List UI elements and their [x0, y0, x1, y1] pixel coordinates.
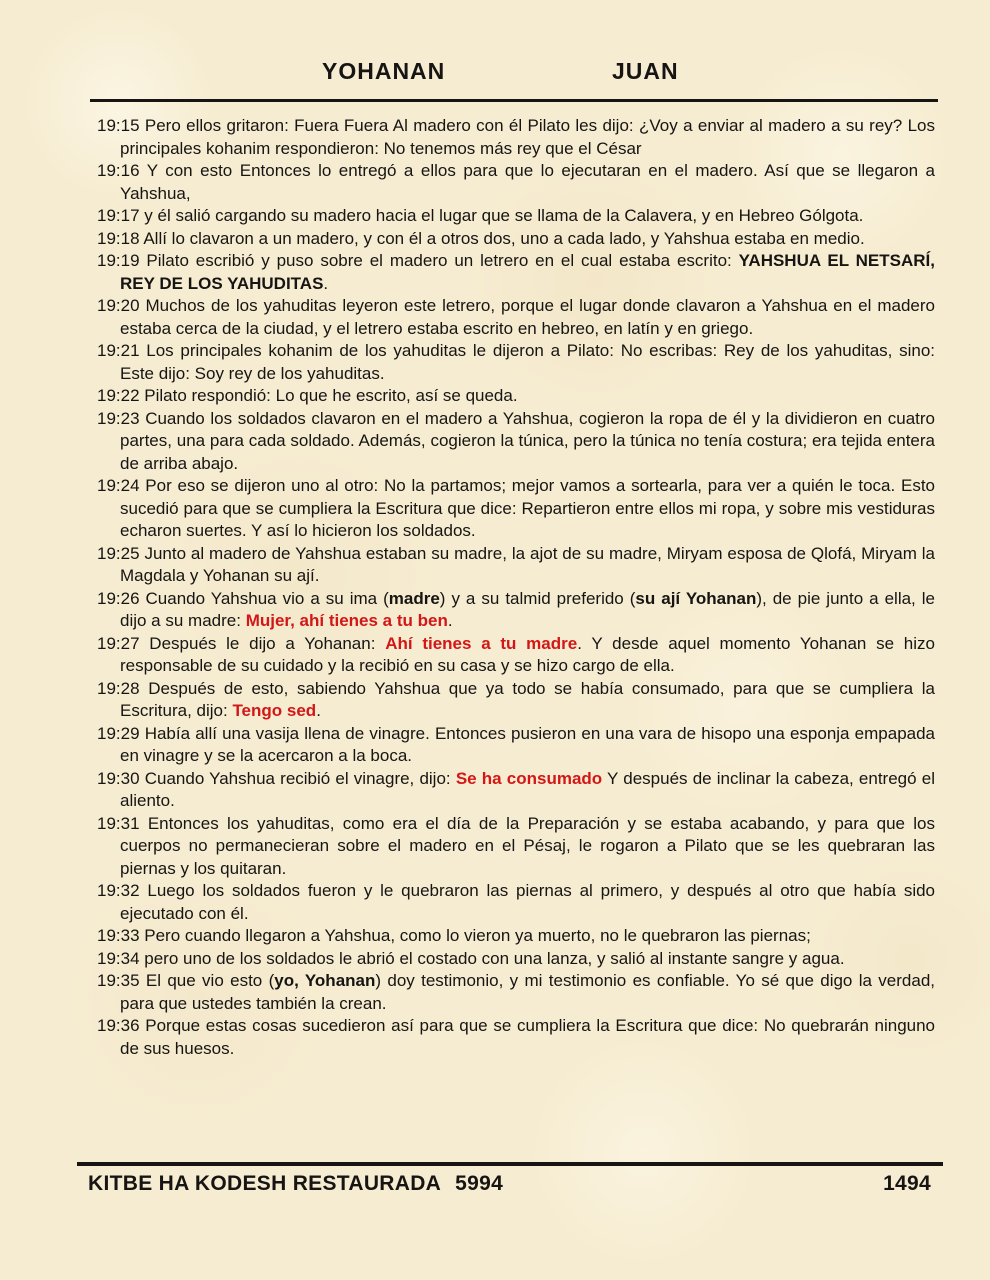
highlighted-words: Tengo sed [232, 701, 316, 720]
verse-text: Después le dijo a Yohanan: [149, 634, 385, 653]
header-title-yohanan: YOHANAN [322, 58, 445, 85]
verse-number: 19:21 [97, 341, 146, 360]
footer-book-name: KITBE HA KODESH RESTAURADA [88, 1172, 441, 1195]
document-page: YOHANAN JUAN 19:15 Pero ellos gritaron: … [0, 0, 990, 1280]
highlighted-words: Se ha consumado [456, 769, 602, 788]
verse-text: . [448, 611, 453, 630]
verse-number: 19:31 [97, 814, 148, 833]
verse-text: Cuando Yahshua recibió el vinagre, dijo: [145, 769, 456, 788]
verse-number: 19:34 [97, 949, 144, 968]
verse-text: Muchos de los yahuditas leyeron este let… [120, 296, 935, 338]
verse-19-23: 19:23 Cuando los soldados clavaron en el… [97, 408, 935, 476]
verse-19-15: 19:15 Pero ellos gritaron: Fuera Fuera A… [97, 115, 935, 160]
verse-text: Cuando los soldados clavaron en el mader… [120, 409, 935, 473]
verse-number: 19:25 [97, 544, 144, 563]
verse-19-31: 19:31 Entonces los yahuditas, como era e… [97, 813, 935, 881]
verse-number: 19:23 [97, 409, 145, 428]
verse-number: 19:15 [97, 116, 145, 135]
verse-text: Porque estas cosas sucedieron así para q… [120, 1016, 935, 1058]
verse-number: 19:30 [97, 769, 145, 788]
verse-text: Junto al madero de Yahshua estaban su ma… [120, 544, 935, 586]
highlighted-words: Mujer, ahí tienes a tu ben [246, 611, 448, 630]
verse-text-block: 19:15 Pero ellos gritaron: Fuera Fuera A… [97, 115, 935, 1159]
verse-text: Pero cuando llegaron a Yahshua, como lo … [144, 926, 811, 945]
verse-number: 19:18 [97, 229, 143, 248]
verse-text: Allí lo clavaron a un madero, y con él a… [143, 229, 864, 248]
verse-19-22: 19:22 Pilato respondió: Lo que he escrit… [97, 385, 935, 408]
bold-words: yo, Yohanan [274, 971, 375, 990]
verse-number: 19:26 [97, 589, 146, 608]
verse-19-35: 19:35 El que vio esto (yo, Yohanan) doy … [97, 970, 935, 1015]
header-rule [90, 99, 938, 102]
verse-number: 19:19 [97, 251, 146, 270]
verse-number: 19:29 [97, 724, 145, 743]
verse-19-20: 19:20 Muchos de los yahuditas leyeron es… [97, 295, 935, 340]
verse-text: ) y a su talmid preferido ( [440, 589, 636, 608]
verse-number: 19:28 [97, 679, 148, 698]
verse-number: 19:24 [97, 476, 145, 495]
verse-19-21: 19:21 Los principales kohanim de los yah… [97, 340, 935, 385]
footer-page-number: 1494 [883, 1172, 931, 1196]
verse-19-19: 19:19 Pilato escribió y puso sobre el ma… [97, 250, 935, 295]
verse-text: El que vio esto ( [146, 971, 274, 990]
verse-number: 19:22 [97, 386, 144, 405]
bold-words: su ají Yohanan [635, 589, 756, 608]
verse-number: 19:16 [97, 161, 147, 180]
verse-number: 19:20 [97, 296, 146, 315]
verse-19-16: 19:16 Y con esto Entonces lo entregó a e… [97, 160, 935, 205]
header-title-juan: JUAN [612, 58, 679, 85]
verse-19-32: 19:32 Luego los soldados fueron y le que… [97, 880, 935, 925]
verse-19-17: 19:17 y él salió cargando su madero haci… [97, 205, 935, 228]
verse-19-29: 19:29 Había allí una vasija llena de vin… [97, 723, 935, 768]
verse-text: Cuando Yahshua vio a su ima ( [146, 589, 389, 608]
verse-text: Pero ellos gritaron: Fuera Fuera Al made… [120, 116, 935, 158]
verse-19-28: 19:28 Después de esto, sabiendo Yahshua … [97, 678, 935, 723]
verse-text: pero uno de los soldados le abrió el cos… [144, 949, 844, 968]
page-footer: KITBE HA KODESH RESTAURADA5994 1494 [88, 1172, 931, 1196]
verse-number: 19:17 [97, 206, 144, 225]
verse-19-33: 19:33 Pero cuando llegaron a Yahshua, co… [97, 925, 935, 948]
verse-19-18: 19:18 Allí lo clavaron a un madero, y co… [97, 228, 935, 251]
bold-words: madre [389, 589, 440, 608]
verse-19-27: 19:27 Después le dijo a Yohanan: Ahí tie… [97, 633, 935, 678]
verse-text: Entonces los yahuditas, como era el día … [120, 814, 935, 878]
verse-19-26: 19:26 Cuando Yahshua vio a su ima (madre… [97, 588, 935, 633]
verse-number: 19:27 [97, 634, 149, 653]
page-header: YOHANAN JUAN [0, 58, 990, 92]
verse-text: Pilato respondió: Lo que he escrito, así… [144, 386, 517, 405]
verse-19-24: 19:24 Por eso se dijeron uno al otro: No… [97, 475, 935, 543]
verse-number: 19:35 [97, 971, 146, 990]
verse-text: Los principales kohanim de los yahuditas… [120, 341, 935, 383]
verse-19-30: 19:30 Cuando Yahshua recibió el vinagre,… [97, 768, 935, 813]
verse-number: 19:36 [97, 1016, 145, 1035]
verse-text: Pilato escribió y puso sobre el madero u… [146, 251, 738, 270]
verse-text: Por eso se dijeron uno al otro: No la pa… [120, 476, 935, 540]
verse-number: 19:33 [97, 926, 144, 945]
verse-text: Luego los soldados fueron y le quebraron… [120, 881, 935, 923]
footer-book-title: KITBE HA KODESH RESTAURADA5994 [88, 1172, 503, 1196]
verse-text: Había allí una vasija llena de vinagre. … [120, 724, 935, 766]
footer-year: 5994 [455, 1172, 503, 1195]
verse-text: . [323, 274, 328, 293]
verse-text: . [316, 701, 321, 720]
verse-text: Y con esto Entonces lo entregó a ellos p… [120, 161, 935, 203]
verse-text: y él salió cargando su madero hacia el l… [144, 206, 863, 225]
verse-19-36: 19:36 Porque estas cosas sucedieron así … [97, 1015, 935, 1060]
verse-19-34: 19:34 pero uno de los soldados le abrió … [97, 948, 935, 971]
footer-rule [77, 1162, 943, 1166]
verse-19-25: 19:25 Junto al madero de Yahshua estaban… [97, 543, 935, 588]
verse-number: 19:32 [97, 881, 147, 900]
highlighted-words: Ahí tienes a tu madre [385, 634, 577, 653]
